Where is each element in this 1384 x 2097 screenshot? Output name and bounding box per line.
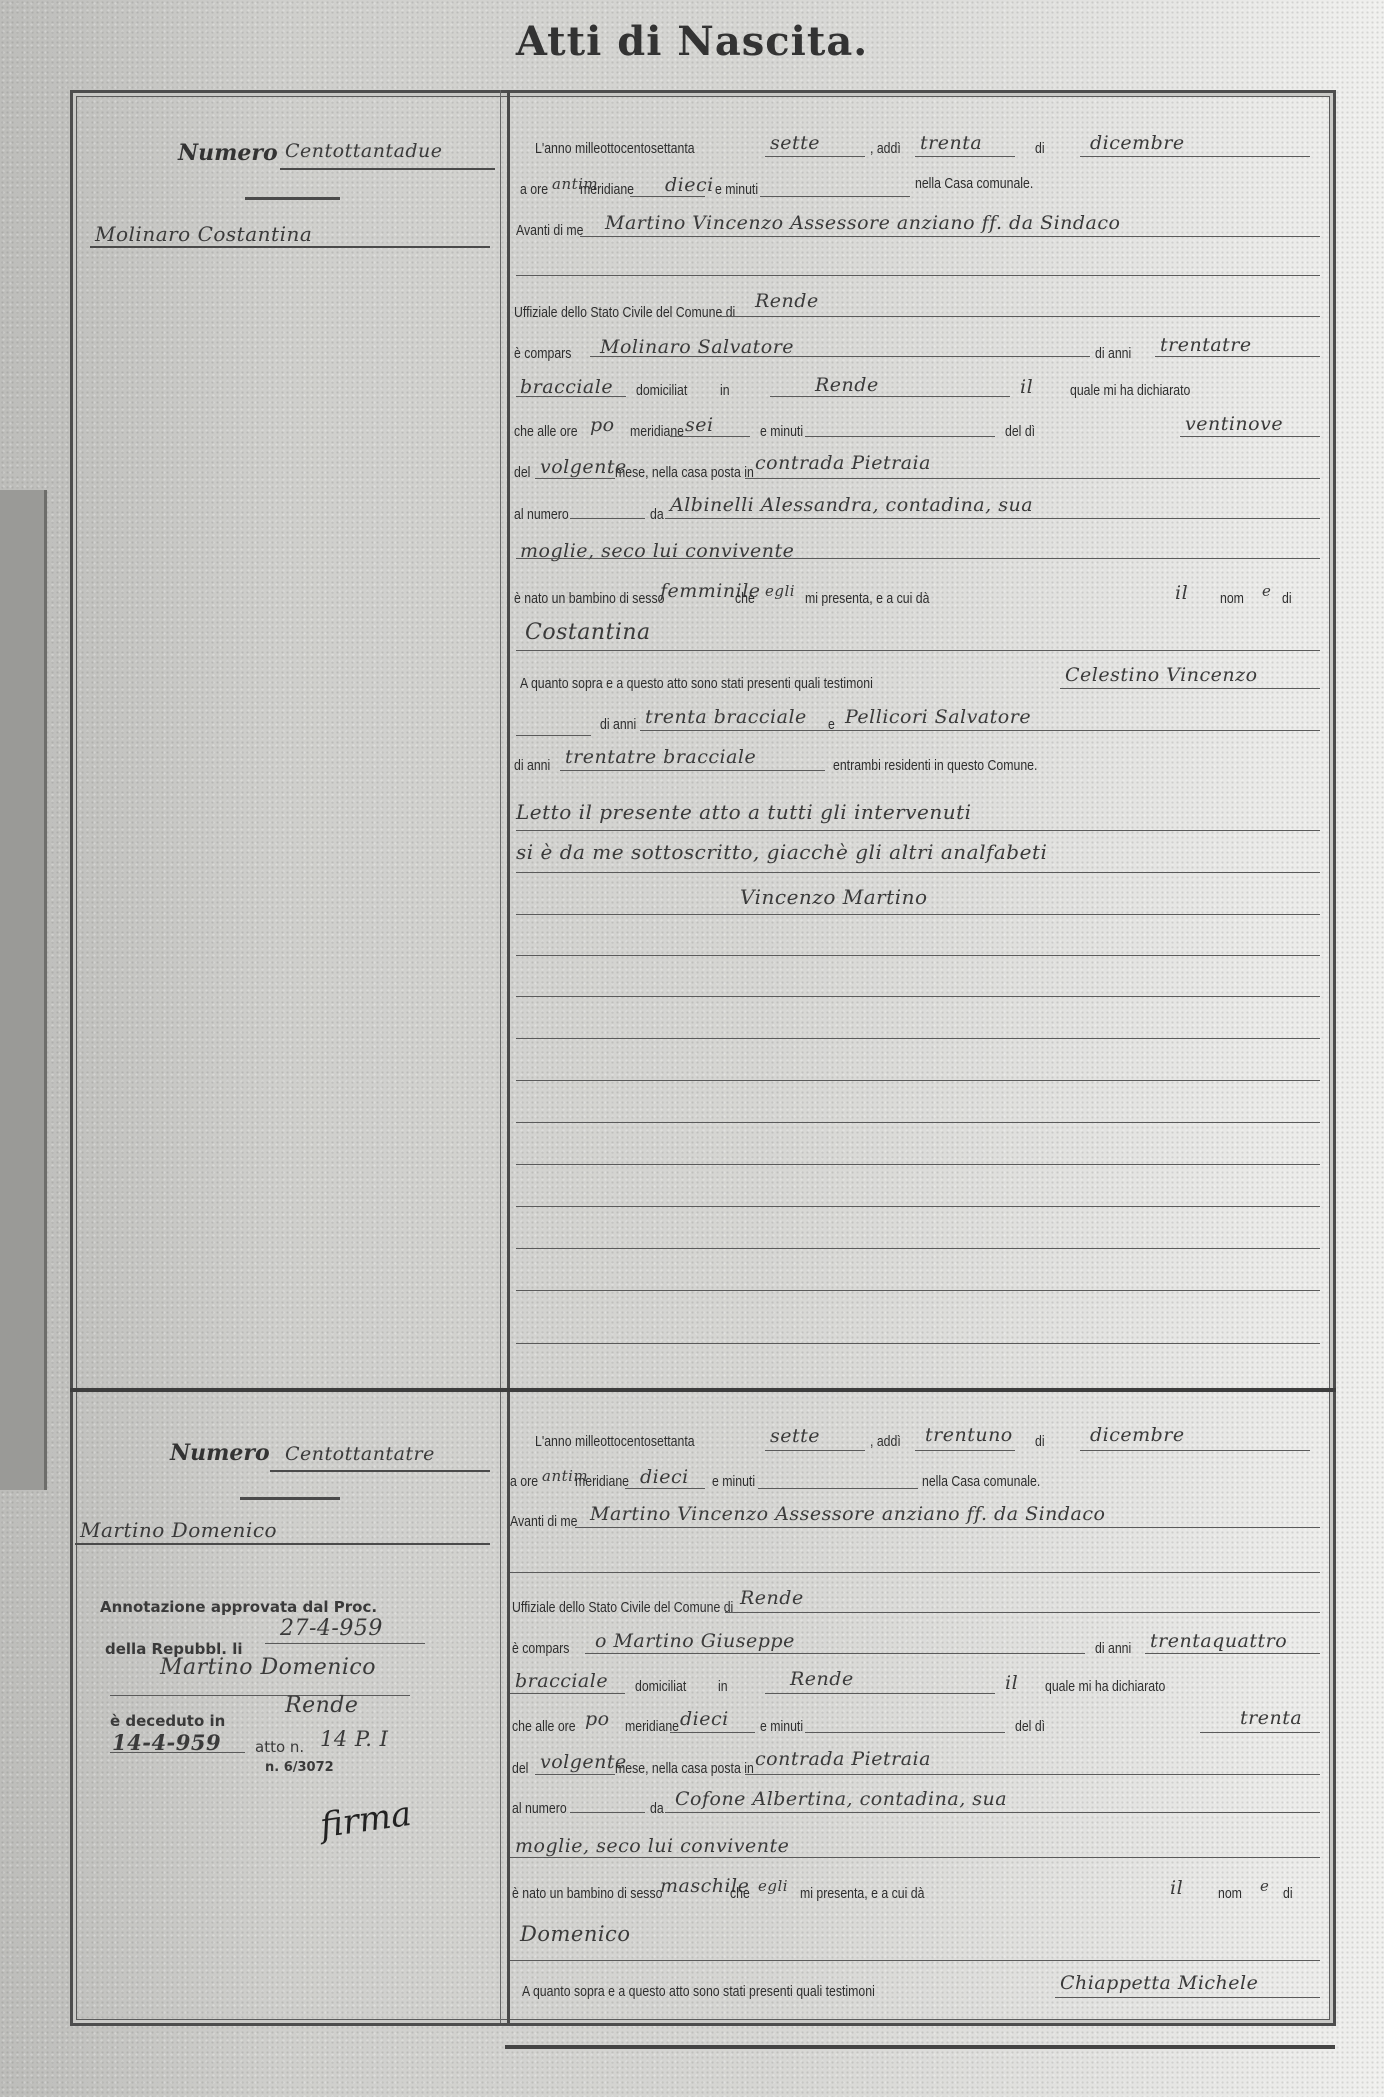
print-text: e minuti — [760, 423, 803, 440]
fill-line — [625, 1488, 705, 1489]
print-text: A quanto sopra e a questo atto sono stat… — [520, 675, 873, 692]
print-text: quale mi ha dichiarato — [1070, 382, 1190, 399]
witness-2-age-fill: trentatre bracciale — [565, 746, 756, 768]
fill-line — [670, 1732, 755, 1733]
article-fill: il — [1175, 582, 1188, 604]
annotation-deceased-name: Martino Domenico — [160, 1655, 376, 1680]
scan-edge-shadow — [0, 490, 47, 1490]
print-text: del dì — [1005, 423, 1035, 440]
month-ref-fill: volgente — [540, 456, 627, 478]
print-text: di anni — [600, 716, 636, 733]
fill-line — [1080, 156, 1310, 157]
print-text: A quanto sopra e a questo atto sono stat… — [522, 1983, 875, 2000]
numero-underline-mark — [245, 197, 340, 200]
print-text: e minuti — [712, 1473, 755, 1490]
fill-line — [510, 1572, 1320, 1573]
fill-line — [110, 1752, 245, 1753]
pronoun-fill: egli — [758, 1877, 788, 1895]
fill-line — [758, 1488, 918, 1489]
print-text: è compars — [514, 345, 571, 362]
numero-underline-mark — [240, 1497, 340, 1500]
page-title: Atti di Nascita. — [0, 18, 1384, 65]
print-text: L'anno milleottocentosettanta — [535, 1433, 695, 1450]
print-text: di — [1035, 1433, 1045, 1450]
fill-line — [765, 156, 865, 157]
fill-line — [915, 1450, 1015, 1451]
print-text: al numero — [512, 1800, 567, 1817]
print-text: , addì — [870, 1433, 901, 1450]
margin-name-rule — [90, 246, 490, 248]
fill-line — [516, 830, 1320, 831]
annotation-death-place: Rende — [285, 1693, 358, 1718]
empty-line — [516, 1343, 1320, 1344]
print-text: in — [720, 382, 730, 399]
age-fill: trentaquattro — [1150, 1630, 1287, 1652]
officer-fill: Martino Vincenzo Assessore anziano ff. d… — [590, 1503, 1105, 1525]
print-text: del dì — [1015, 1718, 1045, 1735]
print-text: del — [512, 1760, 528, 1777]
fill-line — [516, 275, 1320, 276]
fill-line — [640, 730, 1320, 731]
article-fill: il — [1170, 1877, 1183, 1899]
fill-line — [585, 1653, 1085, 1654]
hour-fill: dieci — [665, 174, 714, 196]
fill-line — [770, 396, 1010, 397]
annotation-label: atto n. — [255, 1738, 304, 1756]
fill-line — [590, 356, 1090, 357]
bottom-rule — [505, 2045, 1335, 2049]
fill-line — [560, 770, 825, 771]
fill-line — [665, 1812, 1320, 1813]
fill-line — [516, 558, 1320, 559]
print-text: mese, nella casa posta in — [615, 464, 754, 481]
domicile-fill: Rende — [815, 374, 879, 396]
mother-fill: Cofone Albertina, contadina, sua — [675, 1788, 1007, 1810]
empty-line — [516, 1290, 1320, 1291]
birth-day-fill: ventinove — [1185, 413, 1283, 435]
print-text: a ore — [520, 181, 548, 198]
numero-value: Centottantatre — [285, 1443, 435, 1465]
print-text: L'anno milleottocentosettanta — [535, 140, 695, 157]
child-name-fill: Domenico — [520, 1922, 630, 1946]
print-text: meridiane — [630, 423, 684, 440]
witness-2-fill: Pellicori Salvatore — [845, 706, 1031, 728]
annotation-line: Annotazione approvata dal Proc. — [100, 1598, 377, 1616]
witness-1-fill: Celestino Vincenzo — [1065, 664, 1258, 686]
print-text: al numero — [514, 506, 569, 523]
fill-line — [805, 436, 995, 437]
empty-line — [516, 1164, 1320, 1165]
print-text: di anni — [1095, 1640, 1131, 1657]
column-divider-thin — [500, 90, 501, 2023]
register-frame — [70, 90, 1336, 2026]
fill-line — [510, 1960, 1320, 1961]
print-text: Avanti di me — [510, 1513, 577, 1530]
fill-line — [516, 735, 591, 736]
day-fill: trentuno — [925, 1424, 1013, 1446]
empty-line — [516, 1122, 1320, 1123]
fill-line — [265, 1643, 425, 1644]
print-text: a ore — [510, 1473, 538, 1490]
declarant-fill: Molinaro Salvatore — [600, 336, 794, 358]
fill-line — [516, 650, 1320, 651]
fill-line — [670, 436, 750, 437]
occupation-fill: bracciale — [515, 1670, 608, 1692]
empty-line — [516, 1206, 1320, 1207]
print-text: nella Casa comunale. — [915, 175, 1033, 192]
empty-line — [516, 1080, 1320, 1081]
print-text: meridiane — [575, 1473, 629, 1490]
fill-line — [765, 1450, 865, 1451]
comune-fill: Rende — [740, 1587, 804, 1609]
print-text: che — [735, 590, 755, 607]
hour-fill: dieci — [680, 1708, 729, 1730]
witness-1-age-fill: trenta bracciale — [645, 706, 807, 728]
fill-line — [516, 914, 1320, 915]
fill-line — [510, 1857, 1320, 1858]
closing-text-line: Letto il presente atto a tutti gli inter… — [516, 800, 972, 824]
print-text: di — [1283, 1885, 1293, 1902]
cohabitation-fill: moglie, seco lui convivente — [515, 1835, 789, 1857]
numero-label: Numero — [178, 140, 278, 166]
ante-post-fill: po — [585, 1708, 610, 1730]
fill-line — [1080, 1450, 1310, 1451]
print-text: Uffiziale dello Stato Civile del Comune … — [512, 1599, 733, 1616]
print-text: di — [1282, 590, 1292, 607]
empty-line — [516, 1248, 1320, 1249]
empty-line — [516, 996, 1320, 997]
print-text: di anni — [1095, 345, 1131, 362]
annotation-approval-date: 27-4-959 — [280, 1616, 383, 1641]
numero-value: Centottantadue — [285, 140, 443, 162]
print-text: Avanti di me — [516, 222, 583, 239]
hour-fill: dieci — [640, 1466, 689, 1488]
fill-line — [110, 1695, 410, 1696]
domicile-fill: Rende — [790, 1668, 854, 1690]
house-location-fill: contrada Pietraia — [755, 1748, 931, 1770]
fill-line — [630, 196, 705, 197]
fill-line — [745, 1774, 1320, 1775]
record-divider — [70, 1388, 1336, 1392]
print-text: nom — [1218, 1885, 1242, 1902]
article-fill: il — [1005, 1672, 1018, 1694]
margin-name-rule — [75, 1543, 490, 1545]
officer-signature: Vincenzo Martino — [740, 885, 928, 909]
print-text: che — [730, 1885, 750, 1902]
print-text: è nato un bambino di sesso — [512, 1885, 662, 1902]
year-fill: sette — [770, 132, 820, 154]
fill-line — [535, 478, 615, 479]
fill-line — [580, 236, 1320, 237]
mother-fill: Albinelli Alessandra, contadina, sua — [670, 494, 1033, 516]
print-text: del — [514, 464, 530, 481]
print-text: meridiane — [580, 181, 634, 198]
annotation-label: è deceduto in — [110, 1712, 225, 1730]
annotation-reference: n. 6/3072 — [265, 1760, 334, 1775]
fill-line — [510, 1693, 625, 1694]
fill-line — [535, 1774, 615, 1775]
fill-line — [516, 872, 1320, 873]
fill-line — [665, 518, 1320, 519]
empty-line — [516, 955, 1320, 956]
fill-line — [720, 316, 1320, 317]
print-text: nella Casa comunale. — [922, 1473, 1040, 1490]
fill-line — [805, 1732, 1005, 1733]
article-fill: il — [1020, 376, 1033, 398]
occupation-fill: bracciale — [520, 376, 613, 398]
margin-name: Molinaro Costantina — [95, 222, 312, 246]
month-ref-fill: volgente — [540, 1751, 627, 1773]
fill-line — [575, 1527, 1320, 1528]
comune-fill: Rende — [755, 290, 819, 312]
empty-line — [516, 1038, 1320, 1039]
print-text: è nato un bambino di sesso — [514, 590, 664, 607]
print-text: quale mi ha dichiarato — [1045, 1678, 1165, 1695]
print-text: mi presenta, e a cui dà — [800, 1885, 924, 1902]
margin-name: Martino Domenico — [80, 1518, 277, 1542]
suffix-fill: e — [1262, 582, 1271, 600]
closing-text-line: si è da me sottoscritto, giacchè gli alt… — [516, 840, 1047, 864]
fill-line — [1180, 436, 1320, 437]
birth-day-fill: trenta — [1240, 1707, 1302, 1729]
age-fill: trentatre — [1160, 334, 1252, 356]
child-name-fill: Costantina — [525, 620, 651, 645]
day-fill: trenta — [920, 132, 982, 154]
print-text: mi presenta, e a cui dà — [805, 590, 929, 607]
print-text: da — [650, 506, 664, 523]
fill-line — [1200, 1732, 1320, 1733]
print-text: Uffiziale dello Stato Civile del Comune … — [514, 304, 735, 321]
fill-line — [915, 156, 1015, 157]
numero-label: Numero — [170, 1440, 270, 1466]
house-location-fill: contrada Pietraia — [755, 452, 931, 474]
print-text: di anni — [514, 757, 550, 774]
print-text: nom — [1220, 590, 1244, 607]
fill-line — [1155, 356, 1320, 357]
print-text: entrambi residenti in questo Comune. — [833, 757, 1037, 774]
fill-line — [570, 1812, 645, 1813]
fill-line — [570, 518, 645, 519]
print-text: di — [1035, 140, 1045, 157]
ante-post-fill: po — [590, 414, 615, 436]
numero-rule — [270, 1470, 490, 1472]
hour-fill: sei — [685, 414, 714, 436]
fill-line — [516, 396, 626, 397]
print-text: domiciliat — [635, 1678, 686, 1695]
declarant-fill: o Martino Giuseppe — [595, 1630, 795, 1652]
fill-line — [1055, 1997, 1320, 1998]
print-text: e minuti — [715, 181, 758, 198]
column-divider — [507, 90, 510, 2023]
fill-line — [1145, 1653, 1320, 1654]
pronoun-fill: egli — [765, 582, 795, 600]
print-text: che alle ore — [514, 423, 578, 440]
witness-1-fill: Chiappetta Michele — [1060, 1972, 1258, 1994]
officer-fill: Martino Vincenzo Assessore anziano ff. d… — [605, 212, 1120, 234]
print-text: da — [650, 1800, 664, 1817]
annotation-act-number: 14 P. I — [320, 1727, 388, 1751]
fill-line — [725, 1612, 1320, 1613]
suffix-fill: e — [1260, 1877, 1269, 1895]
fill-line — [765, 1693, 995, 1694]
fill-line — [1060, 688, 1320, 689]
numero-rule — [280, 168, 495, 170]
fill-line — [760, 196, 910, 197]
print-text: che alle ore — [512, 1718, 576, 1735]
print-text: mese, nella casa posta in — [615, 1760, 754, 1777]
year-fill: sette — [770, 1425, 820, 1447]
print-text: e minuti — [760, 1718, 803, 1735]
print-text: è compars — [512, 1640, 569, 1657]
print-text: in — [718, 1678, 728, 1695]
print-text: , addì — [870, 140, 901, 157]
month-fill: dicembre — [1090, 1424, 1185, 1446]
month-fill: dicembre — [1090, 132, 1185, 154]
fill-line — [745, 478, 1320, 479]
print-text: domiciliat — [636, 382, 687, 399]
